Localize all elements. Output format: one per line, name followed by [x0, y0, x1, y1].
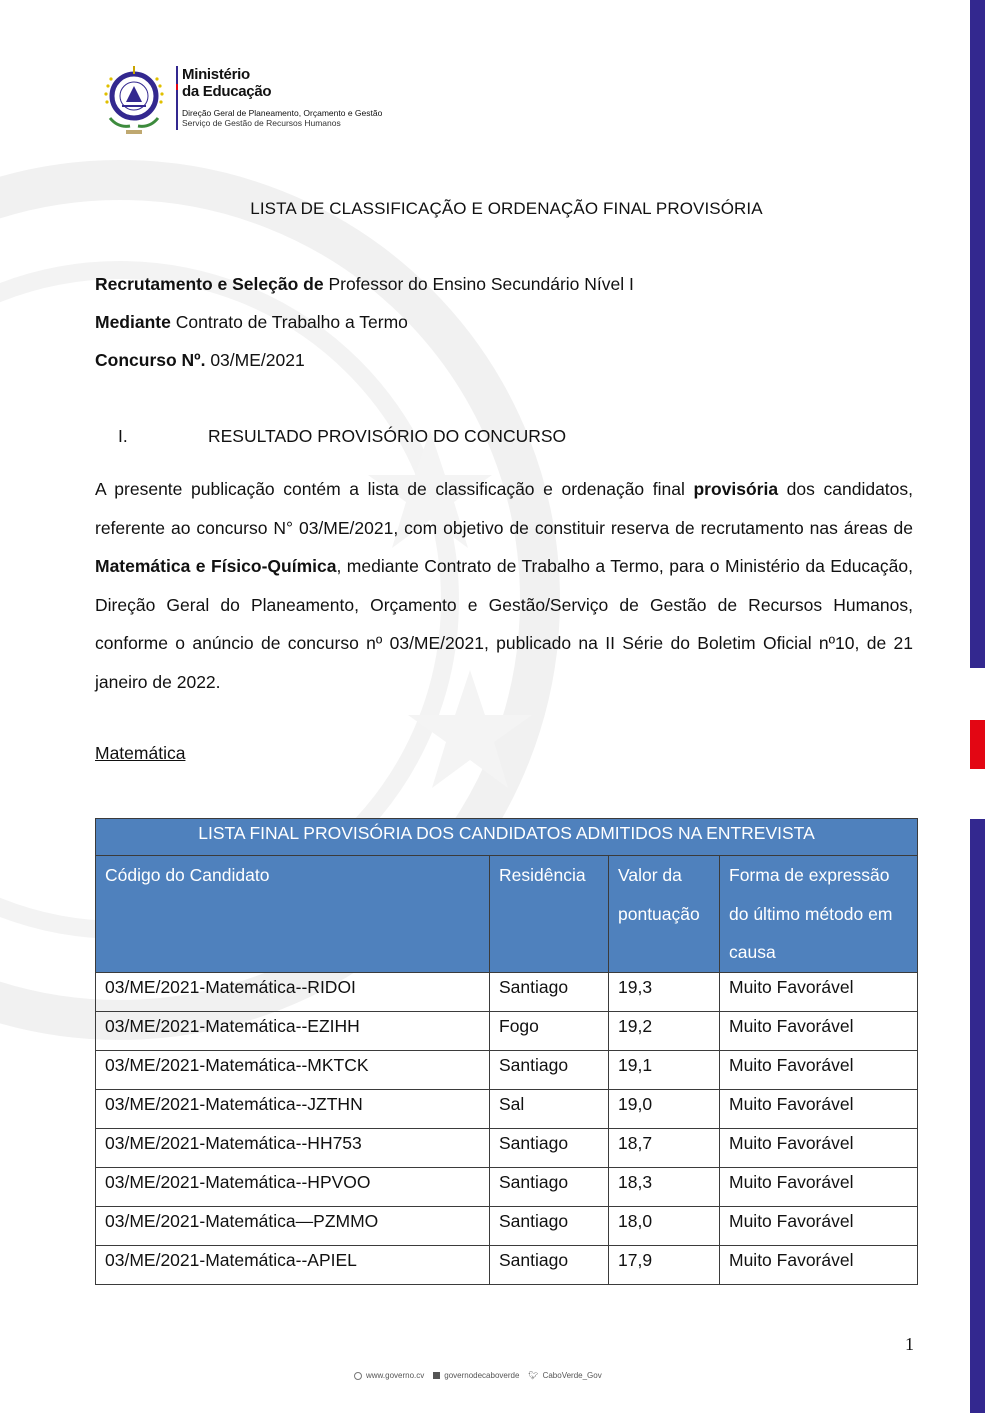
- facebook-icon: [433, 1372, 440, 1379]
- cell-expression: Muito Favorável: [720, 1128, 918, 1167]
- twitter-icon: 🐦︎: [528, 1371, 538, 1380]
- cell-code: 03/ME/2021-Matemática--JZTHN: [96, 1089, 490, 1128]
- section-number: I.: [95, 426, 208, 447]
- column-header-score: Valor da pontuação: [609, 856, 720, 973]
- meta-value: Contrato de Trabalho a Termo: [176, 312, 408, 332]
- service-name: Serviço de Gestão de Recursos Humanos: [182, 118, 341, 128]
- cell-residence: Santiago: [490, 1245, 609, 1284]
- cell-score: 19,2: [609, 1011, 720, 1050]
- cell-expression: Muito Favorável: [720, 1206, 918, 1245]
- cell-score: 19,3: [609, 972, 720, 1011]
- ministry-name-line2: da Educação: [182, 83, 271, 100]
- cell-score: 19,0: [609, 1089, 720, 1128]
- table-row: 03/ME/2021-Matemática--EZIHHFogo19,2Muit…: [96, 1011, 918, 1050]
- cell-residence: Santiago: [490, 1206, 609, 1245]
- meta-value: Professor do Ensino Secundário Nível I: [328, 274, 633, 294]
- cell-code: 03/ME/2021-Matemática—PZMMO: [96, 1206, 490, 1245]
- table-row: 03/ME/2021-Matemática--APIELSantiago17,9…: [96, 1245, 918, 1284]
- meta-value: 03/ME/2021: [210, 350, 304, 370]
- edge-stripe-blue-bottom: [970, 819, 985, 1413]
- cell-residence: Santiago: [490, 972, 609, 1011]
- table-title: LISTA FINAL PROVISÓRIA DOS CANDIDATOS AD…: [96, 819, 918, 856]
- cell-expression: Muito Favorável: [720, 1167, 918, 1206]
- table-row: 03/ME/2021-Matemática--HH753Santiago18,7…: [96, 1128, 918, 1167]
- paragraph-emphasis: provisória: [693, 479, 778, 499]
- results-table: LISTA FINAL PROVISÓRIA DOS CANDIDATOS AD…: [95, 818, 918, 1285]
- ministry-name: Ministério da Educação: [182, 66, 271, 100]
- table-row: 03/ME/2021-Matemática--HPVOOSantiago18,3…: [96, 1167, 918, 1206]
- footer-twitter-link[interactable]: CaboVerde_Gov: [543, 1371, 602, 1380]
- cell-expression: Muito Favorável: [720, 1050, 918, 1089]
- cell-code: 03/ME/2021-Matemática--EZIHH: [96, 1011, 490, 1050]
- cell-code: 03/ME/2021-Matemática--MKTCK: [96, 1050, 490, 1089]
- cell-score: 17,9: [609, 1245, 720, 1284]
- cell-code: 03/ME/2021-Matemática--HPVOO: [96, 1167, 490, 1206]
- section-title: RESULTADO PROVISÓRIO DO CONCURSO: [208, 426, 566, 446]
- meta-label: Mediante: [95, 312, 171, 332]
- cell-expression: Muito Favorável: [720, 972, 918, 1011]
- meta-label: Concurso Nº.: [95, 350, 205, 370]
- cell-expression: Muito Favorável: [720, 1011, 918, 1050]
- ministry-name-line1: Ministério: [182, 66, 271, 83]
- footer-facebook-link[interactable]: governodecaboverde: [444, 1371, 519, 1380]
- edge-stripe-red: [970, 720, 985, 769]
- cell-expression: Muito Favorável: [720, 1245, 918, 1284]
- cell-residence: Fogo: [490, 1011, 609, 1050]
- cell-score: 18,3: [609, 1167, 720, 1206]
- globe-icon: [354, 1372, 362, 1380]
- cell-code: 03/ME/2021-Matemática--APIEL: [96, 1245, 490, 1284]
- meta-label: Recrutamento e Seleção de: [95, 274, 324, 294]
- ministry-letterhead: Ministério da Educação Direção Geral de …: [98, 62, 398, 138]
- body-paragraph: A presente publicação contém a lista de …: [95, 470, 913, 702]
- directorate-name: Direção Geral de Planeamento, Orçamento …: [182, 108, 382, 118]
- cell-code: 03/ME/2021-Matemática--RIDOI: [96, 972, 490, 1011]
- footer: www.governo.cv governodecaboverde 🐦︎ Cab…: [354, 1371, 607, 1380]
- subject-heading-matematica: Matemática: [95, 743, 185, 764]
- meta-contest-number: Concurso Nº. 03/ME/2021: [95, 350, 305, 371]
- table-row: 03/ME/2021-Matemática--RIDOISantiago19,3…: [96, 972, 918, 1011]
- cell-score: 19,1: [609, 1050, 720, 1089]
- page-number: 1: [905, 1334, 914, 1355]
- edge-stripe-blue-top: [970, 0, 985, 668]
- coat-of-arms-icon: [98, 62, 170, 138]
- column-header-residence: Residência: [490, 856, 609, 973]
- section-heading: I.RESULTADO PROVISÓRIO DO CONCURSO: [95, 426, 566, 447]
- cell-expression: Muito Favorável: [720, 1089, 918, 1128]
- table-body: 03/ME/2021-Matemática--RIDOISantiago19,3…: [96, 972, 918, 1284]
- cell-code: 03/ME/2021-Matemática--HH753: [96, 1128, 490, 1167]
- table-row: 03/ME/2021-Matemática—PZMMOSantiago18,0M…: [96, 1206, 918, 1245]
- cell-residence: Santiago: [490, 1050, 609, 1089]
- cell-residence: Santiago: [490, 1167, 609, 1206]
- paragraph-emphasis: Matemática e Físico-Química: [95, 556, 336, 576]
- cell-score: 18,0: [609, 1206, 720, 1245]
- paragraph-text: , mediante Contrato de Trabalho a Termo,…: [95, 556, 913, 692]
- column-header-code: Código do Candidato: [96, 856, 490, 973]
- document-title: LISTA DE CLASSIFICAÇÃO E ORDENAÇÃO FINAL…: [0, 199, 1000, 219]
- footer-website-link[interactable]: www.governo.cv: [366, 1371, 424, 1380]
- letterhead-divider-accent: [176, 84, 178, 90]
- cell-residence: Santiago: [490, 1128, 609, 1167]
- cell-residence: Sal: [490, 1089, 609, 1128]
- meta-contract: Mediante Contrato de Trabalho a Termo: [95, 312, 408, 333]
- cell-score: 18,7: [609, 1128, 720, 1167]
- column-header-expression: Forma de expressão do último método em c…: [720, 856, 918, 973]
- table-row: 03/ME/2021-Matemática--JZTHNSal19,0Muito…: [96, 1089, 918, 1128]
- paragraph-text: A presente publicação contém a lista de …: [95, 479, 693, 499]
- letterhead-divider: [176, 66, 178, 130]
- meta-recruitment: Recrutamento e Seleção de Professor do E…: [95, 274, 634, 295]
- table-row: 03/ME/2021-Matemática--MKTCKSantiago19,1…: [96, 1050, 918, 1089]
